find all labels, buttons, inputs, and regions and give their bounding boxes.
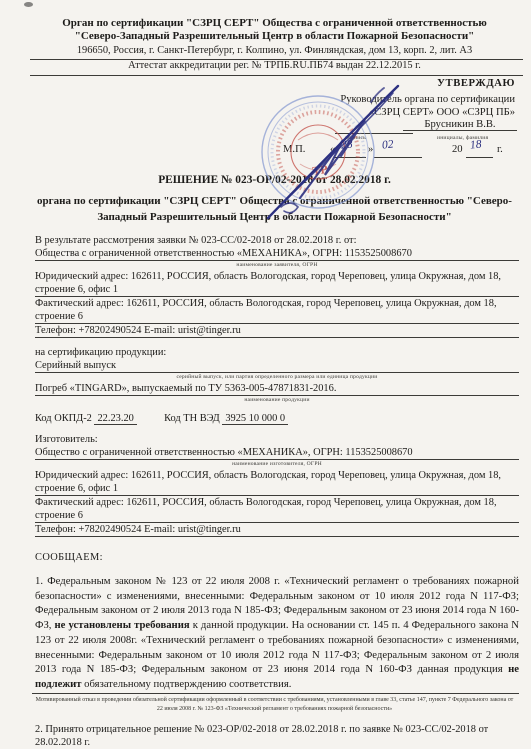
stamp-place-label: М.П. [283,144,305,155]
handwritten-year: 18 [469,138,482,151]
statement-paragraph-2: 2. Принято отрицательное решение № 023-О… [35,723,519,749]
accreditation-line: Аттестат аккредитации рег. № ТРПБ.RU.ПБ7… [30,60,519,72]
org-name-line2: "Северо-Западный Разрешительный Центр в … [30,30,519,43]
letterhead: Орган по сертификации "СЗРЦ СЕРТ" Общест… [0,0,531,57]
applicant-legal-address-field: Юридический адрес: 162611, РОССИЯ, облас… [35,270,519,297]
org-name-line1: Орган по сертификации "СЗРЦ СЕРТ" Общест… [30,17,519,30]
year-prefix: 20 [452,144,463,155]
product-name-field: Погреб «TINGARD», выпускаемый по ТУ 5363… [35,382,519,396]
applicant-phone-email-field: Телефон: +78202490524 E-mail: urist@ting… [35,324,519,338]
approve-label: УТВЕРЖДАЮ [437,78,515,89]
statement-paragraph-1: 1. Федеральным законом № 123 от 22 июля … [35,574,519,692]
manufacturer-name-note: наименование изготовителя, ОГРН [35,461,519,467]
month-blank-line [374,156,422,158]
date-quote-close: » [368,144,373,155]
product-name-note: наименование продукции [35,397,519,403]
manufacturer-actual-address-field: Фактический адрес: 162611, РОССИЯ, облас… [35,496,519,523]
product-codes-row: Код ОКПД-2 22.23.20 Код ТН ВЭД 3925 10 0… [35,412,519,425]
decision-title: РЕШЕНИЕ № 023-ОР/02-2018 от 28.02.2018 г… [30,174,519,186]
handwritten-day: 28 [340,138,353,151]
scan-artifact-speck [24,2,33,7]
manufacturer-legal-address-field: Юридический адрес: 162611, РОССИЯ, облас… [35,469,519,496]
year-blank-line [466,156,493,158]
approver-title-line1: Руководитель органа по сертификации [340,94,515,105]
okpd-code-value: 22.23.20 [94,413,136,425]
org-address: 196650, Россия, г. Санкт-Петербург, г. К… [30,45,519,57]
okpd-code-label: Код ОКПД-2 [35,413,92,424]
day-blank-line [334,156,366,158]
decision-org-subtitle: органа по сертификации "СЗРЦ СЕРТ" Общес… [36,194,513,226]
approver-name: Брусникин В.В. [403,119,517,131]
tnved-code-value: 3925 10 000 0 [222,413,288,425]
issue-type-note: серийный выпуск, или партия определенног… [35,374,519,380]
fine-print-note: Мотивированный отказ в проведении обязат… [32,696,517,714]
scanned-decision-document: Орган по сертификации "СЗРЦ СЕРТ" Общест… [0,0,531,749]
tnved-code-label: Код ТН ВЭД [164,413,220,424]
handwritten-month: 02 [381,138,394,151]
paragraph-underline-rule [32,693,519,694]
year-suffix: г. [497,144,503,155]
date-quote-open: « [330,144,335,155]
certification-intro: на сертификацию продукции: [35,346,519,359]
applicant-name-note: наименование заявителя, ОГРН [35,262,519,268]
application-intro: В результате рассмотрения заявки № 023-С… [35,234,519,247]
approval-block: УТВЕРЖДАЮ Руководитель органа по сертифи… [0,76,531,168]
signature-blank-line [335,132,413,134]
manufacturer-label: Изготовитель: [35,433,519,446]
applicant-actual-address-field: Фактический адрес: 162611, РОССИЯ, облас… [35,297,519,324]
manufacturer-phone-email-field: Телефон: +78202490524 E-mail: urist@ting… [35,523,519,537]
manufacturer-name-field: Общество с ограниченной ответственностью… [35,446,519,460]
issue-type-field: Серийный выпуск [35,359,519,373]
announce-heading: СООБЩАЕМ: [35,551,519,564]
approver-title-line2: «СЗРЦ СЕРТ» ООО «СЗРЦ ПБ» [369,107,515,118]
applicant-name-field: Общества с ограниченной ответственностью… [35,247,519,261]
